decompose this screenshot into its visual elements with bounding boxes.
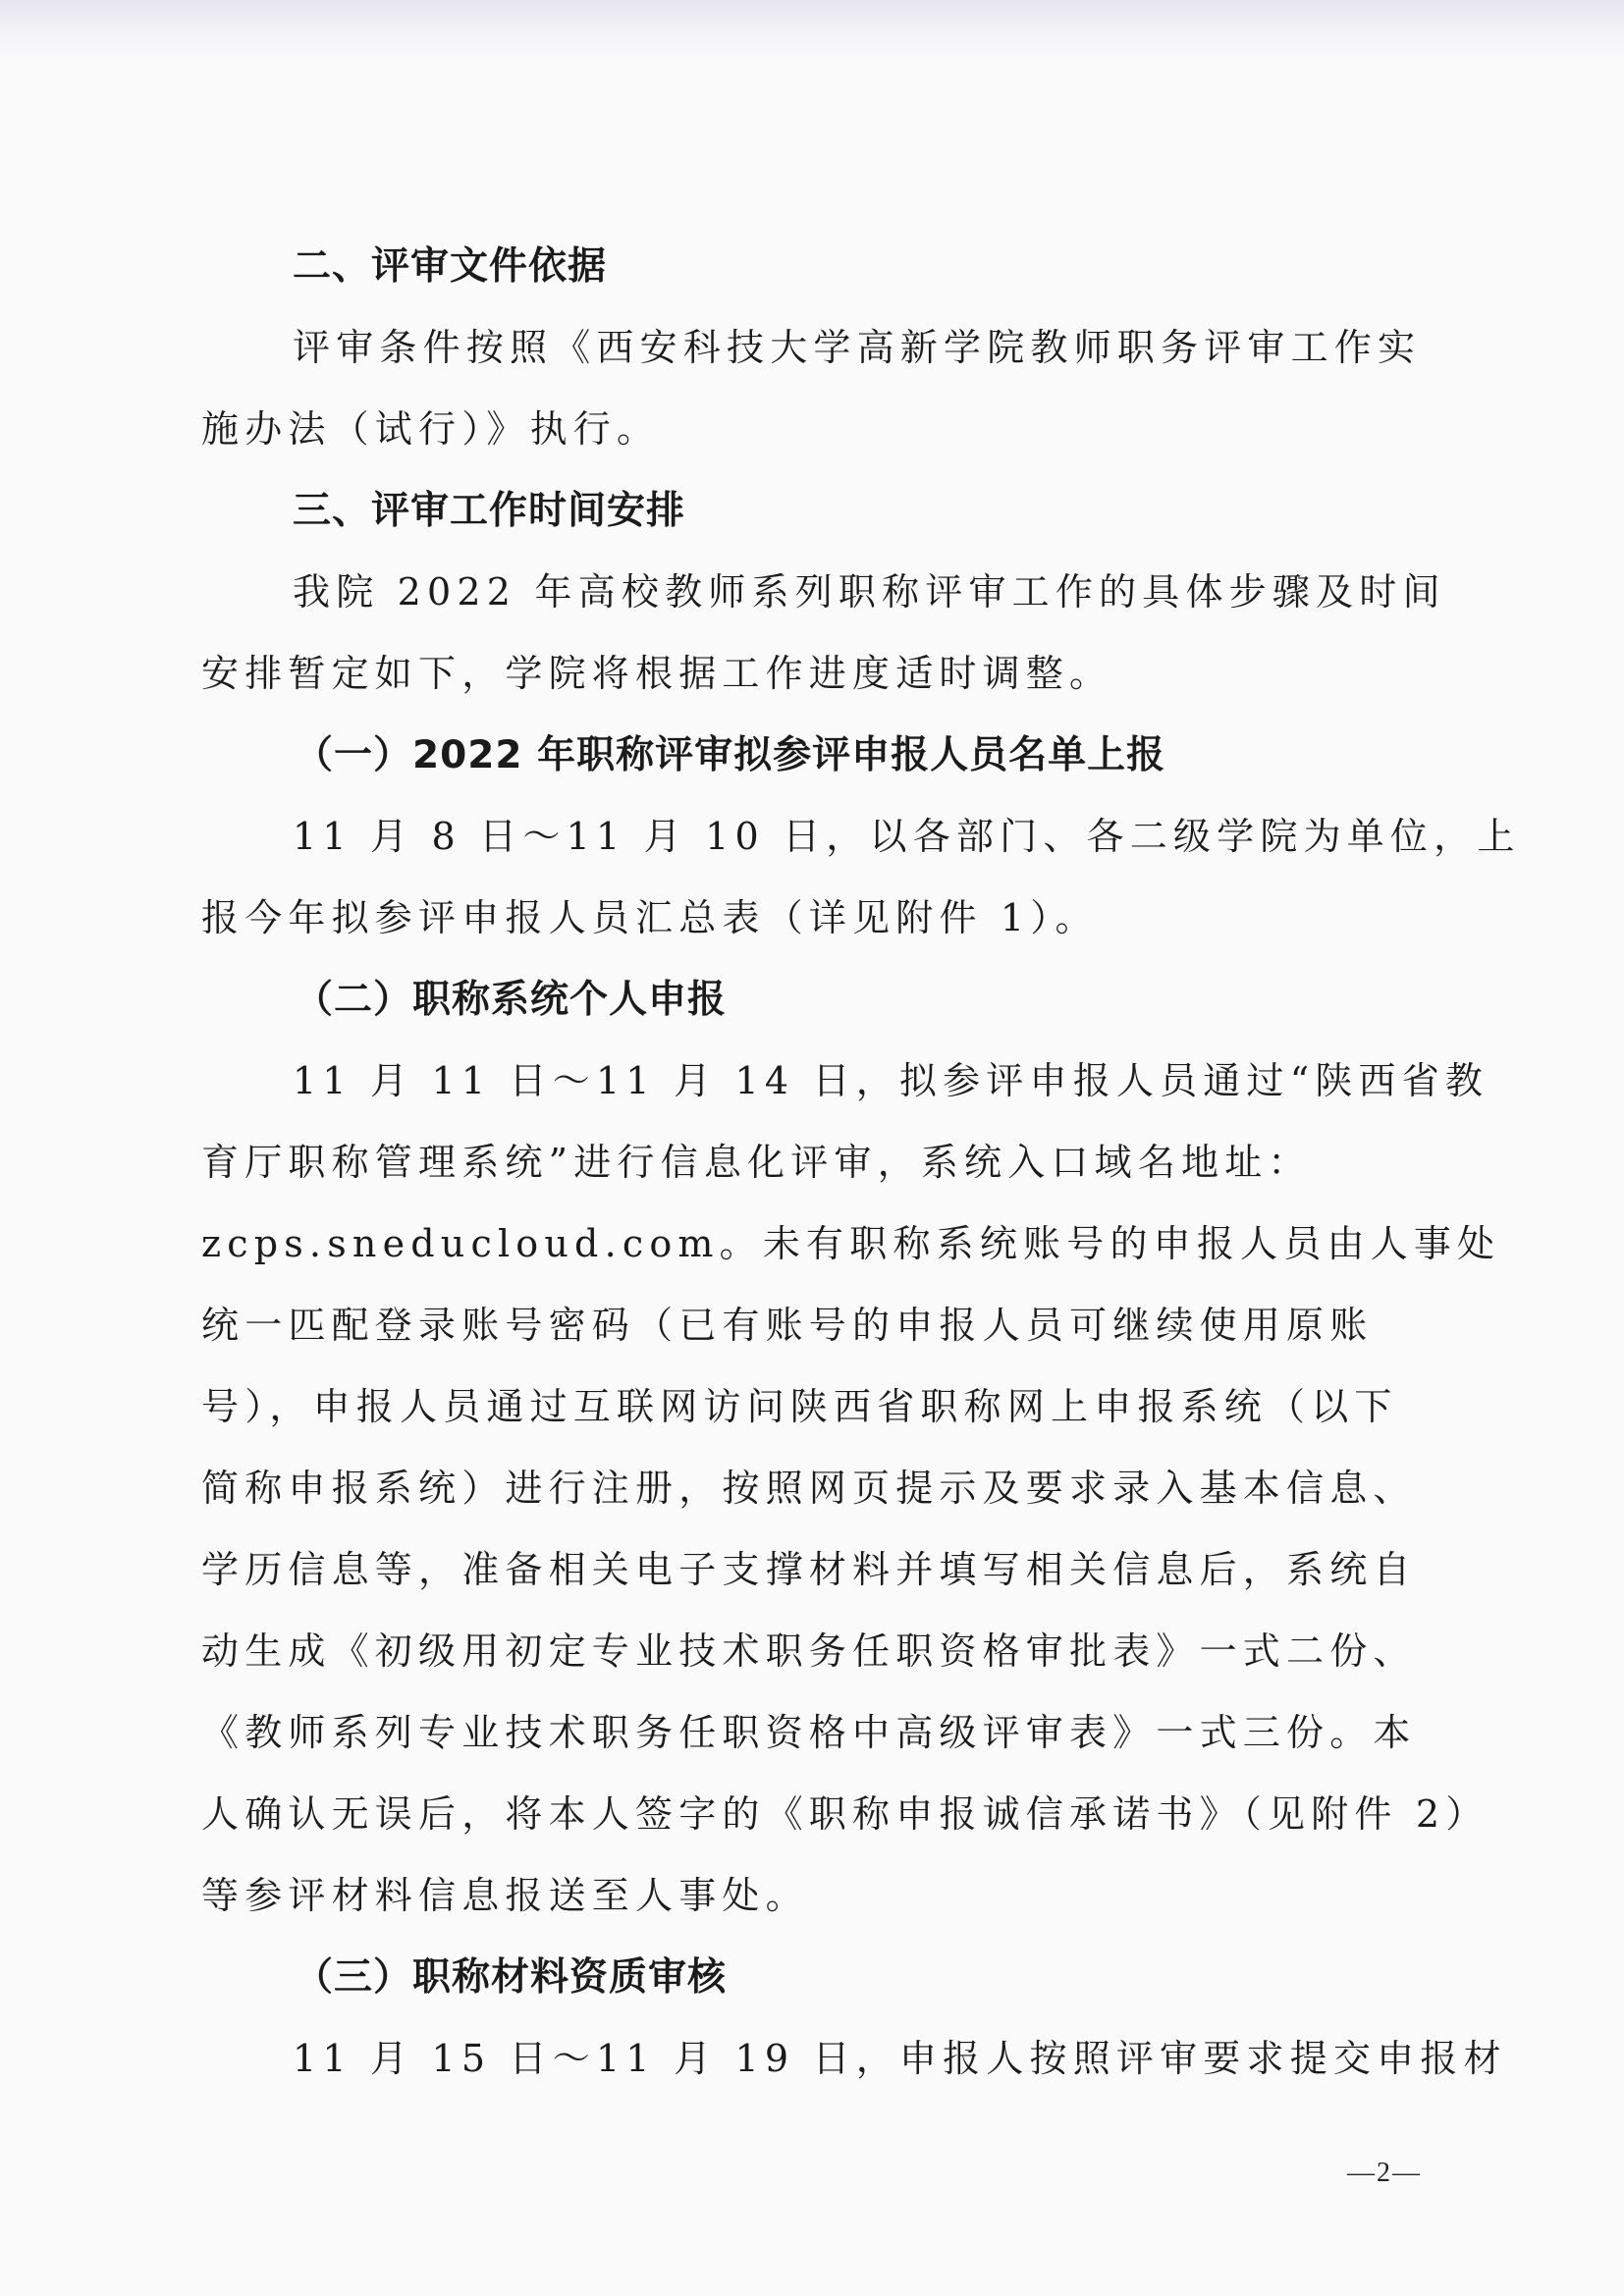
paragraph-line: 简称申报系统）进行注册，按照网页提示及要求录入基本信息、 (201, 1448, 1429, 1529)
subsection-heading: （二）职称系统个人申报 (201, 959, 1429, 1041)
paragraph-line: zcps.sneducloud.com。未有职称系统账号的申报人员由人事处 (201, 1203, 1429, 1285)
paragraph-line: 动生成《初级用初定专业技术职务任职资格审批表》一式二份、 (201, 1611, 1429, 1692)
paragraph-line: 安排暂定如下，学院将根据工作进度适时调整。 (201, 633, 1429, 715)
paragraph-line: 号），申报人员通过互联网访问陕西省职称网上申报系统（以下 (201, 1366, 1429, 1448)
paragraph-line: 育厅职称管理系统”进行信息化评审，系统入口域名地址： (201, 1122, 1429, 1203)
paragraph-line: 我院 2022 年高校教师系列职称评审工作的具体步骤及时间 (201, 552, 1429, 633)
section-heading: 三、评审工作时间安排 (201, 470, 1429, 552)
subsection-heading: （三）职称材料资质审核 (201, 1937, 1429, 2018)
subsection-heading: （一）2022 年职称评审拟参评申报人员名单上报 (201, 715, 1429, 796)
section-heading: 二、评审文件依据 (201, 226, 1429, 307)
page-number: —2— (1347, 2158, 1422, 2189)
paragraph-line: 报今年拟参评申报人员汇总表（详见附件 1）。 (201, 878, 1429, 959)
paragraph-line: 等参评材料信息报送至人事处。 (201, 1855, 1429, 1937)
document-page: 二、评审文件依据 评审条件按照《西安科技大学高新学院教师职务评审工作实 施办法（… (201, 226, 1429, 2100)
paragraph-line: 施办法（试行）》执行。 (201, 389, 1429, 470)
paragraph-line: 11 月 11 日～11 月 14 日，拟参评申报人员通过“陕西省教 (201, 1041, 1429, 1122)
paragraph-line: 统一匹配登录账号密码（已有账号的申报人员可继续使用原账 (201, 1285, 1429, 1366)
paragraph-line: 《教师系列专业技术职务任职资格中高级评审表》一式三份。本 (201, 1692, 1429, 1774)
paragraph-line: 人确认无误后，将本人签字的《职称申报诚信承诺书》（见附件 2） (201, 1774, 1429, 1855)
scan-shading (0, 0, 1624, 59)
paragraph-line: 11 月 8 日～11 月 10 日，以各部门、各二级学院为单位，上 (201, 796, 1429, 878)
paragraph-line: 学历信息等，准备相关电子支撑材料并填写相关信息后，系统自 (201, 1529, 1429, 1611)
paragraph-line: 评审条件按照《西安科技大学高新学院教师职务评审工作实 (201, 307, 1429, 389)
paragraph-line: 11 月 15 日～11 月 19 日，申报人按照评审要求提交申报材 (201, 2018, 1429, 2100)
